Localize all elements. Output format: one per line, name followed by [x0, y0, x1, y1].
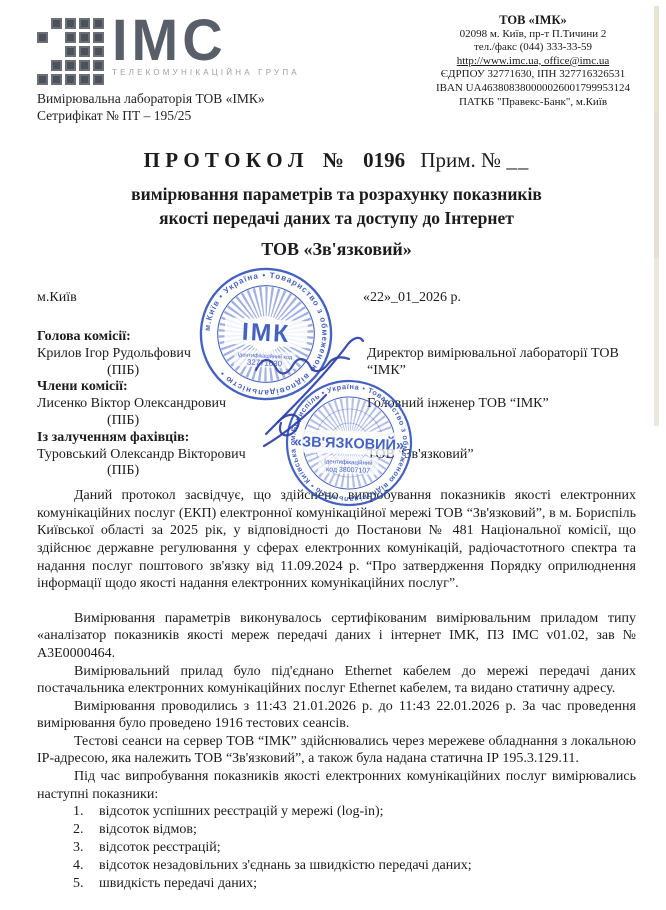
logo-block: ІМС ТЕЛЕКОМУНІКАЦІЙНА ГРУПА Вимірювальна… — [37, 14, 300, 124]
indicator-item: відсоток реєстрацій; — [87, 839, 636, 857]
commission-member-title: ТОВ “Зв'язковий” — [367, 430, 622, 480]
lab-certificate: Сетрифікат № ПТ – 195/25 — [37, 108, 300, 125]
lab-name: Вимірювальна лабораторія ТОВ «ІМК» — [37, 91, 300, 108]
company-phone: тел./факс (044) 333-33-59 — [418, 41, 648, 55]
copy-label: Прим. № — [420, 148, 501, 172]
commission-role: Голова комісії: — [37, 329, 367, 346]
commission-member-name: Туровський Олександр Вікторович — [37, 447, 367, 464]
company-web-email: http://www.imc.ua, office@imc.ua — [418, 55, 648, 69]
commission-member-name: Лисенко Віктор Олександрович — [37, 396, 367, 413]
paragraph-sessions: Тестові сеанси на сервер ТОВ “ІМК” здійс… — [37, 733, 636, 768]
commission-member-name: Крилов Ігор Рудольфович — [37, 346, 367, 363]
paragraph-attestation: Даний протокол засвідчує, що здійснено в… — [37, 487, 636, 593]
pib-label: (ПІБ) — [37, 463, 367, 480]
commission-row: Голова комісії: Крилов Ігор Рудольфович … — [37, 329, 636, 379]
number-sign: № — [323, 148, 344, 172]
letterhead: ІМС ТЕЛЕКОМУНІКАЦІЙНА ГРУПА Вимірювальна… — [37, 14, 636, 124]
company-bank: ПАТКБ "Правекс-Банк", м.Київ — [418, 96, 648, 110]
place-date-row: м.Київ «22»_01_2026 р. — [37, 290, 636, 308]
company-name: ТОВ «ІМК» — [418, 14, 648, 28]
logo-brand-text: ІМС — [112, 13, 300, 68]
document-body: Даний протокол засвідчує, що здійснено в… — [37, 487, 636, 893]
paragraph-connection: Вимірювальний прилад було під'єднано Eth… — [37, 663, 636, 698]
place-city: м.Київ — [37, 290, 77, 305]
protocol-date: «22»_01_2026 р. — [363, 290, 461, 306]
title-subject-company: ТОВ «Зв'язковий» — [37, 239, 636, 260]
commission-member-title: Головний інженер ТОВ “ІМК” — [367, 379, 622, 429]
company-address: 02098 м. Київ, пр-т П.Тичини 2 — [418, 28, 648, 42]
protocol-word: П Р О Т О К О Л — [144, 148, 304, 172]
indicators-list: відсоток успішних реєстрацій у мережі (l… — [37, 803, 636, 893]
company-requisites: ТОВ «ІМК» 02098 м. Київ, пр-т П.Тичини 2… — [418, 14, 648, 109]
company-codes: ЄДРПОУ 32771630, ІПН 327716326531 — [418, 68, 648, 82]
protocol-number: 0196 — [363, 148, 405, 172]
paragraph-indicators-intro: Під час випробування показників якості е… — [37, 768, 636, 803]
document-page: ІМС ТЕЛЕКОМУНІКАЦІЙНА ГРУПА Вимірювальна… — [0, 0, 666, 910]
scan-edge-artifact — [654, 6, 659, 426]
commission-row: Із залученням фахівців: Туровський Олекс… — [37, 430, 636, 480]
paragraph-instrument: Вимірювання параметрів виконувалось серт… — [37, 610, 636, 663]
pib-label: (ПІБ) — [37, 363, 367, 380]
commission-role: Члени комісії: — [37, 379, 367, 396]
commission-member-title: Директор вимірювальної лабораторії ТОВ “… — [367, 329, 622, 379]
commission-role: Із залученням фахівців: — [37, 430, 367, 447]
copy-number-blank: __ — [506, 148, 529, 172]
indicator-item: швидкість передачі даних; — [87, 875, 636, 893]
indicator-item: відсоток незадовільних з'єднань за швидк… — [87, 857, 636, 875]
indicator-item: відсоток відмов; — [87, 821, 636, 839]
imc-pixel-logo-icon — [37, 14, 104, 85]
indicator-item: відсоток успішних реєстрацій у мережі (l… — [87, 803, 636, 821]
commission-section: Голова комісії: Крилов Ігор Рудольфович … — [37, 329, 636, 480]
paragraph-period: Вимірювання проводились з 11:43 21.01.20… — [37, 698, 636, 733]
company-iban: IBAN UA463808380000026001799953124 — [418, 82, 648, 96]
title-subtitle-1: вимірювання параметрів та розрахунку пок… — [37, 182, 636, 206]
commission-row: Члени комісії: Лисенко Віктор Олександро… — [37, 379, 636, 429]
pib-label: (ПІБ) — [37, 413, 367, 430]
title-subtitle-2: якості передачі даних та доступу до Інте… — [37, 206, 636, 230]
document-title: П Р О Т О К О Л № 0196 Прим. № __ вимірю… — [37, 148, 636, 260]
